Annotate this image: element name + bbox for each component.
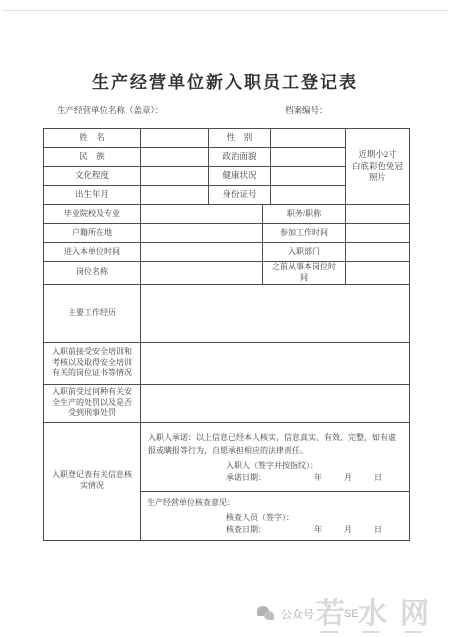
- page-title: 生产经营单位新入职员工登记表: [0, 68, 450, 93]
- value-safety-training: [141, 342, 410, 384]
- value-health: [271, 167, 346, 186]
- review-opinion-label: 生产经营单位核查意见：: [141, 494, 409, 509]
- value-work-start-time: [346, 224, 410, 243]
- day-label: 日: [374, 472, 382, 484]
- scan-edge-line: [2, 10, 448, 11]
- year-label: 年: [314, 524, 322, 536]
- value-job-title: [346, 205, 410, 224]
- year-label: 年: [314, 472, 322, 484]
- day-label: 日: [374, 524, 382, 536]
- watermark-big-wrap: SE 若水网: [316, 600, 442, 629]
- label-gender: 性 别: [209, 129, 271, 148]
- value-id-number: [271, 186, 346, 205]
- value-punishment-record: [141, 384, 410, 422]
- promise-statement: 入职人承诺：以上信息已经本人核实，信息真实、有效、完整，如有虚报或瞒报等行为，自…: [141, 428, 409, 457]
- table-row: 姓 名 性 别 近期小2寸 白底彩色免冠 照片: [44, 129, 410, 148]
- review-signature-block: 核查人员（签字）： 核查日期： 年 月 日: [141, 512, 409, 537]
- table-row: 岗位名称 之前从事本岗位时间: [44, 262, 410, 285]
- table-row: 入职登记表有关信息核实情况 入职人承诺：以上信息已经本人核实，信息真实、有效、完…: [44, 422, 410, 491]
- value-previous-post-time: [346, 262, 410, 285]
- review-cell: 生产经营单位核查意见： 核查人员（签字）： 核查日期： 年 月 日: [141, 491, 410, 540]
- label-safety-training: 入职前接受安全培训和考核以及取得安全培训有关的岗位证书等情况: [44, 342, 141, 384]
- value-political-status: [271, 148, 346, 167]
- table-row: 户籍所在地 参加工作时间: [44, 224, 410, 243]
- label-school-major: 毕业院校及专业: [44, 205, 141, 224]
- verification-table: 入职登记表有关信息核实情况 入职人承诺：以上信息已经本人核实，信息真实、有效、完…: [43, 422, 410, 541]
- label-join-department: 入职部门: [263, 243, 346, 262]
- label-political-status: 政治面貌: [209, 148, 271, 167]
- value-post-name: [141, 262, 263, 285]
- label-job-title: 职务/职称: [263, 205, 346, 224]
- unit-name-label: 生产经营单位名称（盖章）：: [57, 104, 163, 116]
- label-work-history: 主要工作经历: [44, 284, 141, 342]
- value-join-unit-time: [141, 243, 263, 262]
- promise-signature-block: 入职人（签字并按指纹）： 承诺日期： 年 月 日: [141, 460, 409, 485]
- experience-table: 主要工作经历 入职前接受安全培训和考核以及取得安全培训有关的岗位证书等情况 入职…: [43, 284, 410, 423]
- label-join-unit-time: 进入本单位时间: [44, 243, 141, 262]
- label-work-start-time: 参加工作时间: [263, 224, 346, 243]
- table-row: 毕业院校及专业 职务/职称: [44, 205, 410, 224]
- label-punishment-record: 入职前受过何种有关安全生产的处罚以及是否受到刑事处罚: [44, 384, 141, 422]
- value-gender: [271, 129, 346, 148]
- basic-info-table: 姓 名 性 别 近期小2寸 白底彩色免冠 照片 民 族 政治面貌 文化程度 健: [43, 128, 410, 205]
- value-registered-residence: [141, 224, 263, 243]
- value-birth-date: [141, 186, 209, 205]
- promise-date-line: 承诺日期： 年 月 日: [226, 472, 409, 484]
- photo-note-line: 近期小2寸: [346, 149, 409, 160]
- table-row: 进入本单位时间 入职部门: [44, 243, 410, 262]
- label-birth-date: 出生年月: [44, 186, 141, 205]
- month-label: 月: [344, 524, 352, 536]
- value-ethnicity: [141, 148, 209, 167]
- label-info-verification: 入职登记表有关信息核实情况: [44, 422, 141, 540]
- label-education: 文化程度: [44, 167, 141, 186]
- job-info-table: 毕业院校及专业 职务/职称 户籍所在地 参加工作时间 进入本单位时间 入职部门 …: [43, 204, 410, 285]
- promise-sign-label: 入职人（签字并按指纹）：: [226, 460, 409, 472]
- promise-cell: 入职人承诺：以上信息已经本人核实，信息真实、有效、完整，如有虚报或瞒报等行为，自…: [141, 422, 410, 491]
- table-row: 入职前接受安全培训和考核以及取得安全培训有关的岗位证书等情况: [44, 342, 410, 384]
- label-health: 健康状况: [209, 167, 271, 186]
- watermark: 公众号 SE 若水网: [257, 597, 442, 631]
- label-ethnicity: 民 族: [44, 148, 141, 167]
- label-registered-residence: 户籍所在地: [44, 224, 141, 243]
- review-date-line: 核查日期： 年 月 日: [226, 524, 409, 536]
- value-education: [141, 167, 209, 186]
- table-row: 入职前受过何种有关安全生产的处罚以及是否受到刑事处罚: [44, 384, 410, 422]
- photo-note-line: 白底彩色免冠: [346, 161, 409, 172]
- photo-note-line: 照片: [346, 172, 409, 183]
- label-post-name: 岗位名称: [44, 262, 141, 285]
- review-sign-label: 核查人员（签字）：: [226, 512, 409, 524]
- photo-instruction: 近期小2寸 白底彩色免冠 照片: [346, 129, 410, 205]
- label-id-number: 身份证号: [209, 186, 271, 205]
- table-row: 主要工作经历: [44, 284, 410, 342]
- value-name: [141, 129, 209, 148]
- watermark-big-text: 若水网: [316, 598, 442, 630]
- value-school-major: [141, 205, 263, 224]
- label-previous-post-time: 之前从事本岗位时间: [263, 262, 346, 285]
- form-page: 生产经营单位新入职员工登记表 生产经营单位名称（盖章）： 档案编号： 姓 名 性…: [0, 0, 450, 637]
- wechat-bubbles-icon: [257, 606, 277, 622]
- promise-date-label: 承诺日期：: [226, 472, 266, 484]
- value-join-department: [346, 243, 410, 262]
- registration-table: 姓 名 性 别 近期小2寸 白底彩色免冠 照片 民 族 政治面貌 文化程度 健: [43, 128, 409, 541]
- watermark-tick-marks: [320, 631, 446, 633]
- watermark-small-text: 公众号: [281, 606, 314, 622]
- archive-number-label: 档案编号：: [285, 104, 328, 116]
- value-work-history: [141, 284, 410, 342]
- month-label: 月: [344, 472, 352, 484]
- review-date-label: 核查日期：: [226, 524, 266, 536]
- label-name: 姓 名: [44, 129, 141, 148]
